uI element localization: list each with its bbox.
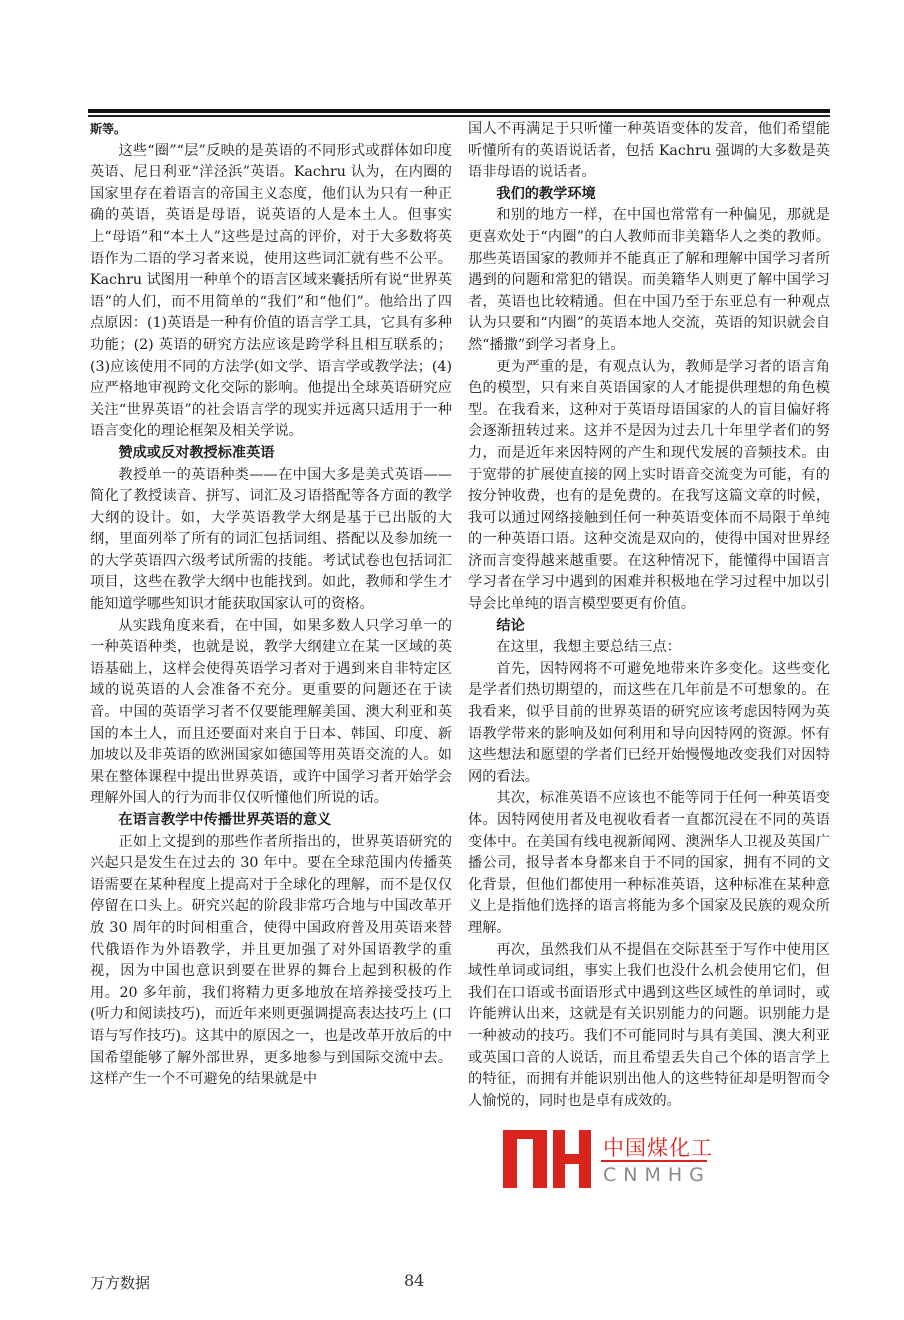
paragraph-conclusion-intro: 在这里，我想主要总结三点： bbox=[468, 637, 830, 659]
left-text-column: 斯等。 这些“圈”“层”反映的是英语的不同形式或群体如印度英语、尼日利亚“洋泾浜… bbox=[90, 119, 452, 1091]
right-text-column: 国人不再满足于只听懂一种英语变体的发音，他们希望能听懂所有的英语说话者，包括 K… bbox=[468, 119, 830, 1112]
footer-source: 万方数据 bbox=[90, 1272, 150, 1293]
header-double-rule bbox=[88, 109, 830, 117]
watermark-chinese-name: 中国煤化工 bbox=[601, 1132, 715, 1162]
paragraph-role-model: 更为严重的是，有观点认为，教师是学习者的语言角色的模型，只有来自英语国家的人才能… bbox=[468, 357, 830, 616]
paragraph-significance: 正如上文提到的那些作者所指出的，世界英语研究的兴起只是发生在过去的 30 年中。… bbox=[90, 832, 452, 1091]
watermark: 中国煤化工 CNMHG bbox=[503, 1130, 753, 1192]
watermark-logo-icon bbox=[503, 1130, 589, 1190]
header-rule-thick bbox=[88, 109, 830, 113]
paragraph-continuation: 斯等。 bbox=[90, 119, 452, 141]
paragraph-second-point: 其次，标准英语不应该也不能等同于任何一种英语变体。因特网使用者及电视收看者一直都… bbox=[468, 788, 830, 939]
watermark-english-name: CNMHG bbox=[603, 1164, 711, 1186]
page-number: 84 bbox=[404, 1271, 424, 1290]
section-heading-conclusion: 结论 bbox=[468, 616, 830, 638]
paragraph-third-point: 再次，虽然我们从不提倡在交际甚至于写作中使用区域性单词或词组，事实上我们也没什么… bbox=[468, 940, 830, 1113]
section-heading-teaching-environment: 我们的教学环境 bbox=[468, 184, 830, 206]
header-rule-thin bbox=[88, 115, 830, 117]
paragraph-bias: 和别的地方一样，在中国也常常有一种偏见，那就是更喜欢处于“内圈”的白人教师而非美… bbox=[468, 205, 830, 356]
paragraph-continuation-right: 国人不再满足于只听懂一种英语变体的发音，他们希望能听懂所有的英语说话者，包括 K… bbox=[468, 119, 830, 184]
paragraph-first-point: 首先，因特网将不可避免地带来许多变化。这些变化是学者们热切期望的，而这些在几年前… bbox=[468, 659, 830, 789]
section-heading-standard-english: 赞成或反对教授标准英语 bbox=[90, 443, 452, 465]
section-heading-significance: 在语言教学中传播世界英语的意义 bbox=[90, 810, 452, 832]
paragraph-practical-view: 从实践角度来看，在中国，如果多数人只学习单一的一种英语种类，也就是说，教学大纲建… bbox=[90, 616, 452, 810]
watermark-divider bbox=[601, 1160, 707, 1162]
paragraph-single-variety: 教授单一的英语种类——在中国大多是美式英语——简化了教授读音、拼写、词汇及习语搭… bbox=[90, 465, 452, 616]
paragraph-circles-layers: 这些“圈”“层”反映的是英语的不同形式或群体如印度英语、尼日利亚“洋泾浜”英语。… bbox=[90, 141, 452, 443]
